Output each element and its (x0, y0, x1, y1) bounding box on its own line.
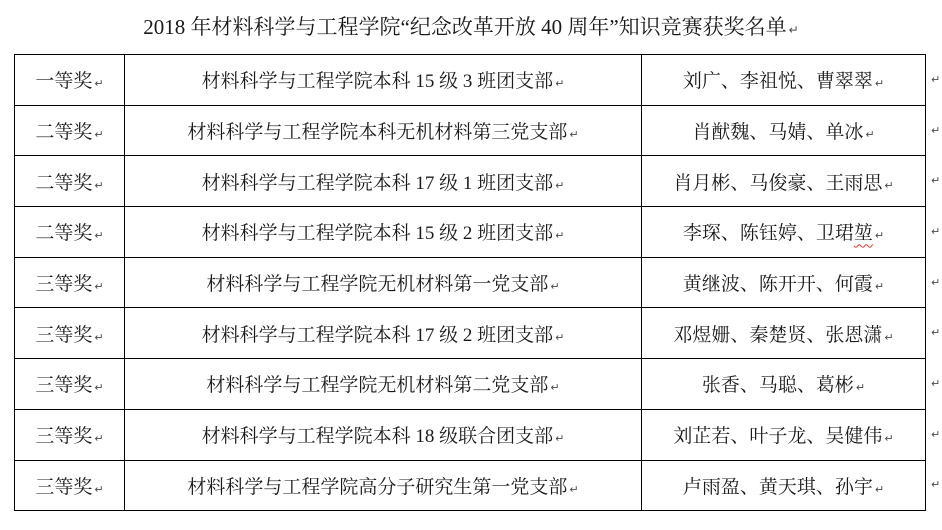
winners-text: 邓煜姗、秦楚贤、张恩潇 (673, 325, 882, 346)
paragraph-mark-icon: ↵ (865, 128, 874, 141)
award-level-text: 三等奖 (35, 426, 92, 447)
winners-cell: 刘芷若、叶子龙、吴健伟↵ (642, 409, 926, 460)
organization-text: 材料科学与工程学院本科 15 级 3 班团支部 (202, 71, 554, 92)
winners-text: 刘广、李祖悦、曹翠翠 (683, 71, 873, 92)
paragraph-mark-icon: ↵ (884, 179, 893, 192)
paragraph-mark-icon: ↵ (931, 54, 940, 105)
table-row: 二等奖↵ 材料科学与工程学院本科 15 级 2 班团支部↵ 李琛、陈钰婷、卫珺堃… (15, 207, 926, 258)
winners-text: 黄继波、陈开开、何霞 (683, 274, 873, 295)
paragraph-mark-icon: ↵ (555, 432, 564, 445)
organization-cell: 材料科学与工程学院高分子研究生第一党支部↵ (125, 460, 642, 511)
paragraph-mark-icon: ↵ (550, 280, 559, 293)
organization-cell: 材料科学与工程学院本科无机材料第三党支部↵ (125, 105, 642, 156)
organization-cell: 材料科学与工程学院本科 15 级 2 班团支部↵ (125, 207, 642, 258)
paragraph-mark-icon: ↵ (94, 77, 103, 90)
table-row: 三等奖↵ 材料科学与工程学院高分子研究生第一党支部↵ 卢雨盈、黄天琪、孙宇↵ (15, 460, 926, 511)
winners-cell: 刘广、李祖悦、曹翠翠↵ (642, 55, 926, 106)
paragraph-mark-icon: ↵ (555, 179, 564, 192)
table-row: 三等奖↵ 材料科学与工程学院无机材料第一党支部↵ 黄继波、陈开开、何霞↵ (15, 257, 926, 308)
paragraph-mark-icon: ↵ (875, 280, 884, 293)
award-level-cell: 三等奖↵ (15, 308, 125, 359)
paragraph-mark-icon: ↵ (856, 381, 865, 394)
organization-text: 材料科学与工程学院本科无机材料第三党支部 (187, 122, 567, 143)
table-row: 二等奖↵ 材料科学与工程学院本科无机材料第三党支部↵ 肖猷魏、马婧、单冰↵ (15, 105, 926, 156)
winners-cell: 肖猷魏、马婧、单冰↵ (642, 105, 926, 156)
paragraph-mark-icon: ↵ (931, 206, 940, 257)
paragraph-mark-icon: ↵ (884, 331, 893, 344)
paragraph-mark-icon: ↵ (931, 460, 940, 511)
paragraph-mark-icon: ↵ (94, 483, 103, 496)
organization-text: 材料科学与工程学院无机材料第一党支部 (206, 274, 548, 295)
paragraph-mark-icon: ↵ (94, 128, 103, 141)
organization-text: 材料科学与工程学院本科 17 级 2 班团支部 (202, 325, 554, 346)
organization-cell: 材料科学与工程学院本科 17 级 2 班团支部↵ (125, 308, 642, 359)
winners-cell: 李琛、陈钰婷、卫珺堃↵ (642, 207, 926, 258)
organization-text: 材料科学与工程学院本科 17 级 1 班团支部 (202, 173, 554, 194)
document-title: 2018 年材料科学与工程学院“纪念改革开放 40 周年”知识竞赛获奖名单↵ (0, 0, 942, 54)
organization-cell: 材料科学与工程学院无机材料第二党支部↵ (125, 359, 642, 410)
organization-cell: 材料科学与工程学院本科 17 级 1 班团支部↵ (125, 156, 642, 207)
winners-cell: 肖月彬、马俊豪、王雨思↵ (642, 156, 926, 207)
paragraph-mark-icon: ↵ (94, 229, 103, 242)
award-level-text: 三等奖 (35, 325, 92, 346)
table-row: 一等奖↵ 材料科学与工程学院本科 15 级 3 班团支部↵ 刘广、李祖悦、曹翠翠… (15, 55, 926, 106)
organization-cell: 材料科学与工程学院无机材料第一党支部↵ (125, 257, 642, 308)
paragraph-mark-icon: ↵ (931, 105, 940, 156)
row-end-marks-column: ↵↵↵↵↵↵↵↵↵ (931, 54, 940, 510)
document-title-text: 2018 年材料科学与工程学院“纪念改革开放 40 周年”知识竞赛获奖名单 (143, 15, 786, 39)
winners-text: 肖月彬、马俊豪、王雨思 (673, 173, 882, 194)
paragraph-mark-icon: ↵ (94, 432, 103, 445)
award-level-cell: 三等奖↵ (15, 409, 125, 460)
award-level-cell: 二等奖↵ (15, 105, 125, 156)
paragraph-mark-icon: ↵ (555, 331, 564, 344)
award-level-text: 三等奖 (35, 375, 92, 396)
paragraph-mark-icon: ↵ (94, 381, 103, 394)
organization-text: 材料科学与工程学院本科 18 级联合团支部 (202, 426, 554, 447)
awards-table: 一等奖↵ 材料科学与工程学院本科 15 级 3 班团支部↵ 刘广、李祖悦、曹翠翠… (14, 54, 926, 511)
paragraph-mark-icon: ↵ (875, 483, 884, 496)
winners-text: 卢雨盈、黄天琪、孙宇 (683, 477, 873, 498)
award-level-text: 三等奖 (35, 274, 92, 295)
winners-cell: 邓煜姗、秦楚贤、张恩潇↵ (642, 308, 926, 359)
table-row: 三等奖↵ 材料科学与工程学院本科 17 级 2 班团支部↵ 邓煜姗、秦楚贤、张恩… (15, 308, 926, 359)
winners-text: 李琛、陈钰婷、卫珺 (683, 223, 854, 244)
paragraph-mark-icon: ↵ (94, 280, 103, 293)
winners-cell: 张香、马聪、葛彬↵ (642, 359, 926, 410)
table-region: 一等奖↵ 材料科学与工程学院本科 15 级 3 班团支部↵ 刘广、李祖悦、曹翠翠… (14, 54, 942, 511)
award-level-text: 二等奖 (35, 223, 92, 244)
winners-cell: 黄继波、陈开开、何霞↵ (642, 257, 926, 308)
paragraph-mark-icon: ↵ (569, 483, 578, 496)
paragraph-mark-icon: ↵ (789, 23, 799, 37)
award-level-cell: 二等奖↵ (15, 207, 125, 258)
winners-cell: 卢雨盈、黄天琪、孙宇↵ (642, 460, 926, 511)
organization-text: 材料科学与工程学院高分子研究生第一党支部 (187, 477, 567, 498)
paragraph-mark-icon: ↵ (875, 229, 884, 242)
paragraph-mark-icon: ↵ (931, 409, 940, 460)
award-level-text: 二等奖 (35, 173, 92, 194)
paragraph-mark-icon: ↵ (931, 307, 940, 358)
paragraph-mark-icon: ↵ (550, 381, 559, 394)
award-level-cell: 三等奖↵ (15, 257, 125, 308)
paragraph-mark-icon: ↵ (569, 128, 578, 141)
organization-cell: 材料科学与工程学院本科 15 级 3 班团支部↵ (125, 55, 642, 106)
paragraph-mark-icon: ↵ (931, 155, 940, 206)
paragraph-mark-icon: ↵ (884, 432, 893, 445)
organization-cell: 材料科学与工程学院本科 18 级联合团支部↵ (125, 409, 642, 460)
award-level-text: 三等奖 (35, 477, 92, 498)
table-row: 二等奖↵ 材料科学与工程学院本科 17 级 1 班团支部↵ 肖月彬、马俊豪、王雨… (15, 156, 926, 207)
paragraph-mark-icon: ↵ (931, 257, 940, 308)
paragraph-mark-icon: ↵ (555, 229, 564, 242)
winners-text: 肖猷魏、马婧、单冰 (692, 122, 863, 143)
award-level-cell: 一等奖↵ (15, 55, 125, 106)
award-level-cell: 三等奖↵ (15, 460, 125, 511)
award-level-text: 一等奖 (35, 71, 92, 92)
paragraph-mark-icon: ↵ (94, 179, 103, 192)
paragraph-mark-icon: ↵ (931, 358, 940, 409)
paragraph-mark-icon: ↵ (555, 77, 564, 90)
award-level-text: 二等奖 (35, 122, 92, 143)
organization-text: 材料科学与工程学院无机材料第二党支部 (206, 375, 548, 396)
winners-text: 刘芷若、叶子龙、吴健伟 (673, 426, 882, 447)
awards-table-body: 一等奖↵ 材料科学与工程学院本科 15 级 3 班团支部↵ 刘广、李祖悦、曹翠翠… (15, 55, 926, 511)
paragraph-mark-icon: ↵ (875, 77, 884, 90)
organization-text: 材料科学与工程学院本科 15 级 2 班团支部 (202, 223, 554, 244)
table-row: 三等奖↵ 材料科学与工程学院无机材料第二党支部↵ 张香、马聪、葛彬↵ (15, 359, 926, 410)
winners-text-spellcheck: 堃 (854, 223, 873, 244)
award-level-cell: 三等奖↵ (15, 359, 125, 410)
award-level-cell: 二等奖↵ (15, 156, 125, 207)
winners-text: 张香、马聪、葛彬 (702, 375, 854, 396)
table-row: 三等奖↵ 材料科学与工程学院本科 18 级联合团支部↵ 刘芷若、叶子龙、吴健伟↵ (15, 409, 926, 460)
paragraph-mark-icon: ↵ (94, 331, 103, 344)
